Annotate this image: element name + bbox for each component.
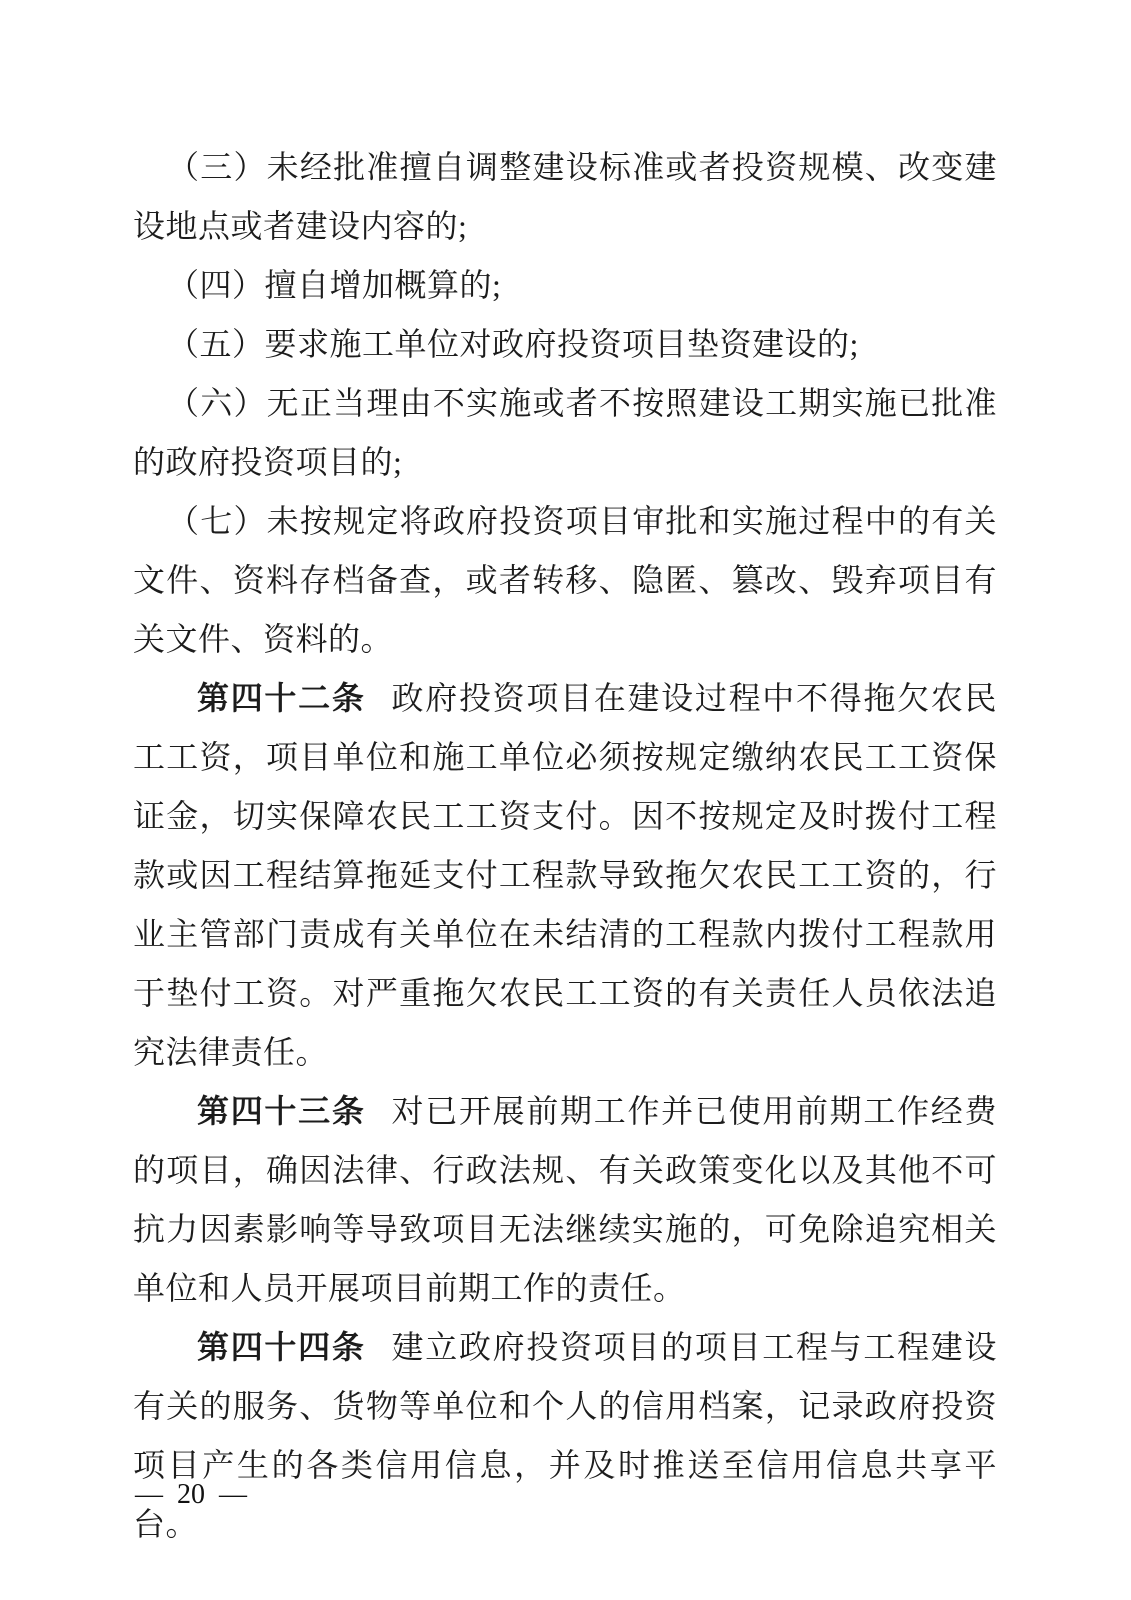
paragraph-clause-3: （三）未经批准擅自调整建设标准或者投资规模、改变建设地点或者建设内容的; bbox=[133, 138, 997, 256]
paragraph-text: 政府投资项目在建设过程中不得拖欠农民工工资，项目单位和施工单位必须按规定缴纳农民… bbox=[133, 680, 997, 1070]
paragraph-clause-5: （五）要求施工单位对政府投资项目垫资建设的; bbox=[133, 315, 997, 374]
document-page: （三）未经批准擅自调整建设标准或者投资规模、改变建设地点或者建设内容的; （四）… bbox=[0, 0, 1131, 1600]
article-number: 第四十二条 bbox=[197, 680, 366, 716]
paragraph-clause-7: （七）未按规定将政府投资项目审批和实施过程中的有关文件、资料存档备查，或者转移、… bbox=[133, 492, 997, 669]
paragraph-article-43: 第四十三条对已开展前期工作并已使用前期工作经费的项目，确因法律、行政法规、有关政… bbox=[133, 1082, 997, 1318]
paragraph-article-42: 第四十二条政府投资项目在建设过程中不得拖欠农民工工资，项目单位和施工单位必须按规… bbox=[133, 669, 997, 1082]
footer-dash-left: — bbox=[135, 1479, 163, 1510]
page-number: 20 bbox=[177, 1479, 205, 1510]
paragraph-text: （六）无正当理由不实施或者不按照建设工期实施已批准的政府投资项目的; bbox=[133, 385, 997, 480]
paragraph-text: （七）未按规定将政府投资项目审批和实施过程中的有关文件、资料存档备查，或者转移、… bbox=[133, 503, 997, 657]
paragraph-text: （三）未经批准擅自调整建设标准或者投资规模、改变建设地点或者建设内容的; bbox=[133, 149, 997, 244]
paragraph-text: （五）要求施工单位对政府投资项目垫资建设的; bbox=[167, 326, 859, 362]
paragraph-article-44: 第四十四条建立政府投资项目的项目工程与工程建设有关的服务、货物等单位和个人的信用… bbox=[133, 1318, 997, 1554]
article-number: 第四十四条 bbox=[197, 1329, 366, 1365]
page-footer: —20— bbox=[135, 1475, 247, 1515]
paragraph-clause-6: （六）无正当理由不实施或者不按照建设工期实施已批准的政府投资项目的; bbox=[133, 374, 997, 492]
article-number: 第四十三条 bbox=[197, 1093, 366, 1129]
paragraph-clause-4: （四）擅自增加概算的; bbox=[133, 256, 997, 315]
document-body: （三）未经批准擅自调整建设标准或者投资规模、改变建设地点或者建设内容的; （四）… bbox=[133, 138, 997, 1554]
paragraph-text: （四）擅自增加概算的; bbox=[167, 267, 501, 303]
footer-dash-right: — bbox=[219, 1479, 247, 1510]
